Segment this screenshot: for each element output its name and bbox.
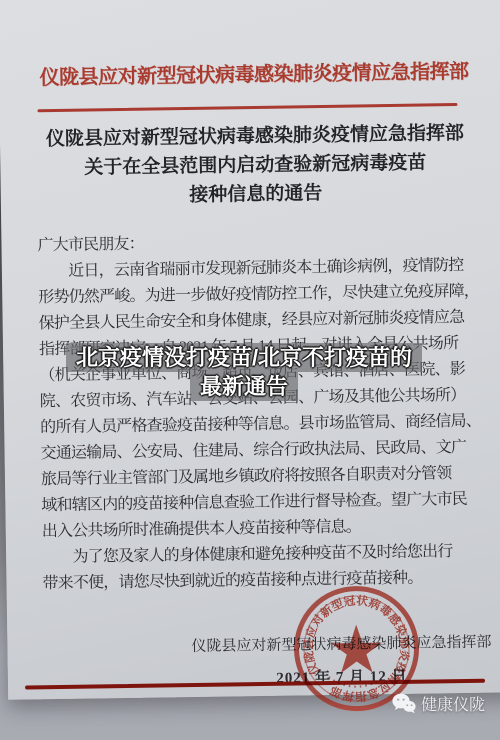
watermark-label: 健康仪陇 — [421, 692, 485, 715]
document-title: 仪陇县应对新型冠状病毒感染肺炎疫情应急指挥部 关于在全县范围内启动查验新冠病毒疫… — [0, 118, 500, 213]
body-line: 带来不便，请您尽快到就近的疫苗接种点进行疫苗接种。 — [42, 565, 482, 598]
document-title-line-3: 接种信息的通告 — [1, 176, 500, 213]
caption-line-1: 北京疫情没打疫苗/北京不打疫苗的 — [66, 343, 422, 372]
letterhead-red-rule — [37, 103, 457, 112]
document-red-letterhead: 仪陇县应对新型冠状病毒感染肺炎疫情应急指挥部 — [0, 54, 500, 91]
issuing-authority: 仪陇县应对新型冠状病毒感染肺炎应急指挥部 — [191, 631, 491, 659]
photo-of-document: 仪陇县应对新型冠状病毒感染肺炎疫情应急指挥部 仪陇县应对新型冠状病毒感染肺炎疫情… — [0, 0, 500, 740]
document-body: 广大市民朋友： 近日，云南省瑞丽市发现新冠肺炎本土确诊病例，疫情防控 形势仍然严… — [37, 227, 482, 597]
wechat-icon — [392, 693, 416, 714]
caption-line-2: 最新通告 — [190, 372, 298, 401]
video-caption-overlay: 北京疫情没打疫苗/北京不打疫苗的 最新通告 — [0, 343, 488, 401]
wechat-watermark: 健康仪陇 — [392, 692, 485, 715]
